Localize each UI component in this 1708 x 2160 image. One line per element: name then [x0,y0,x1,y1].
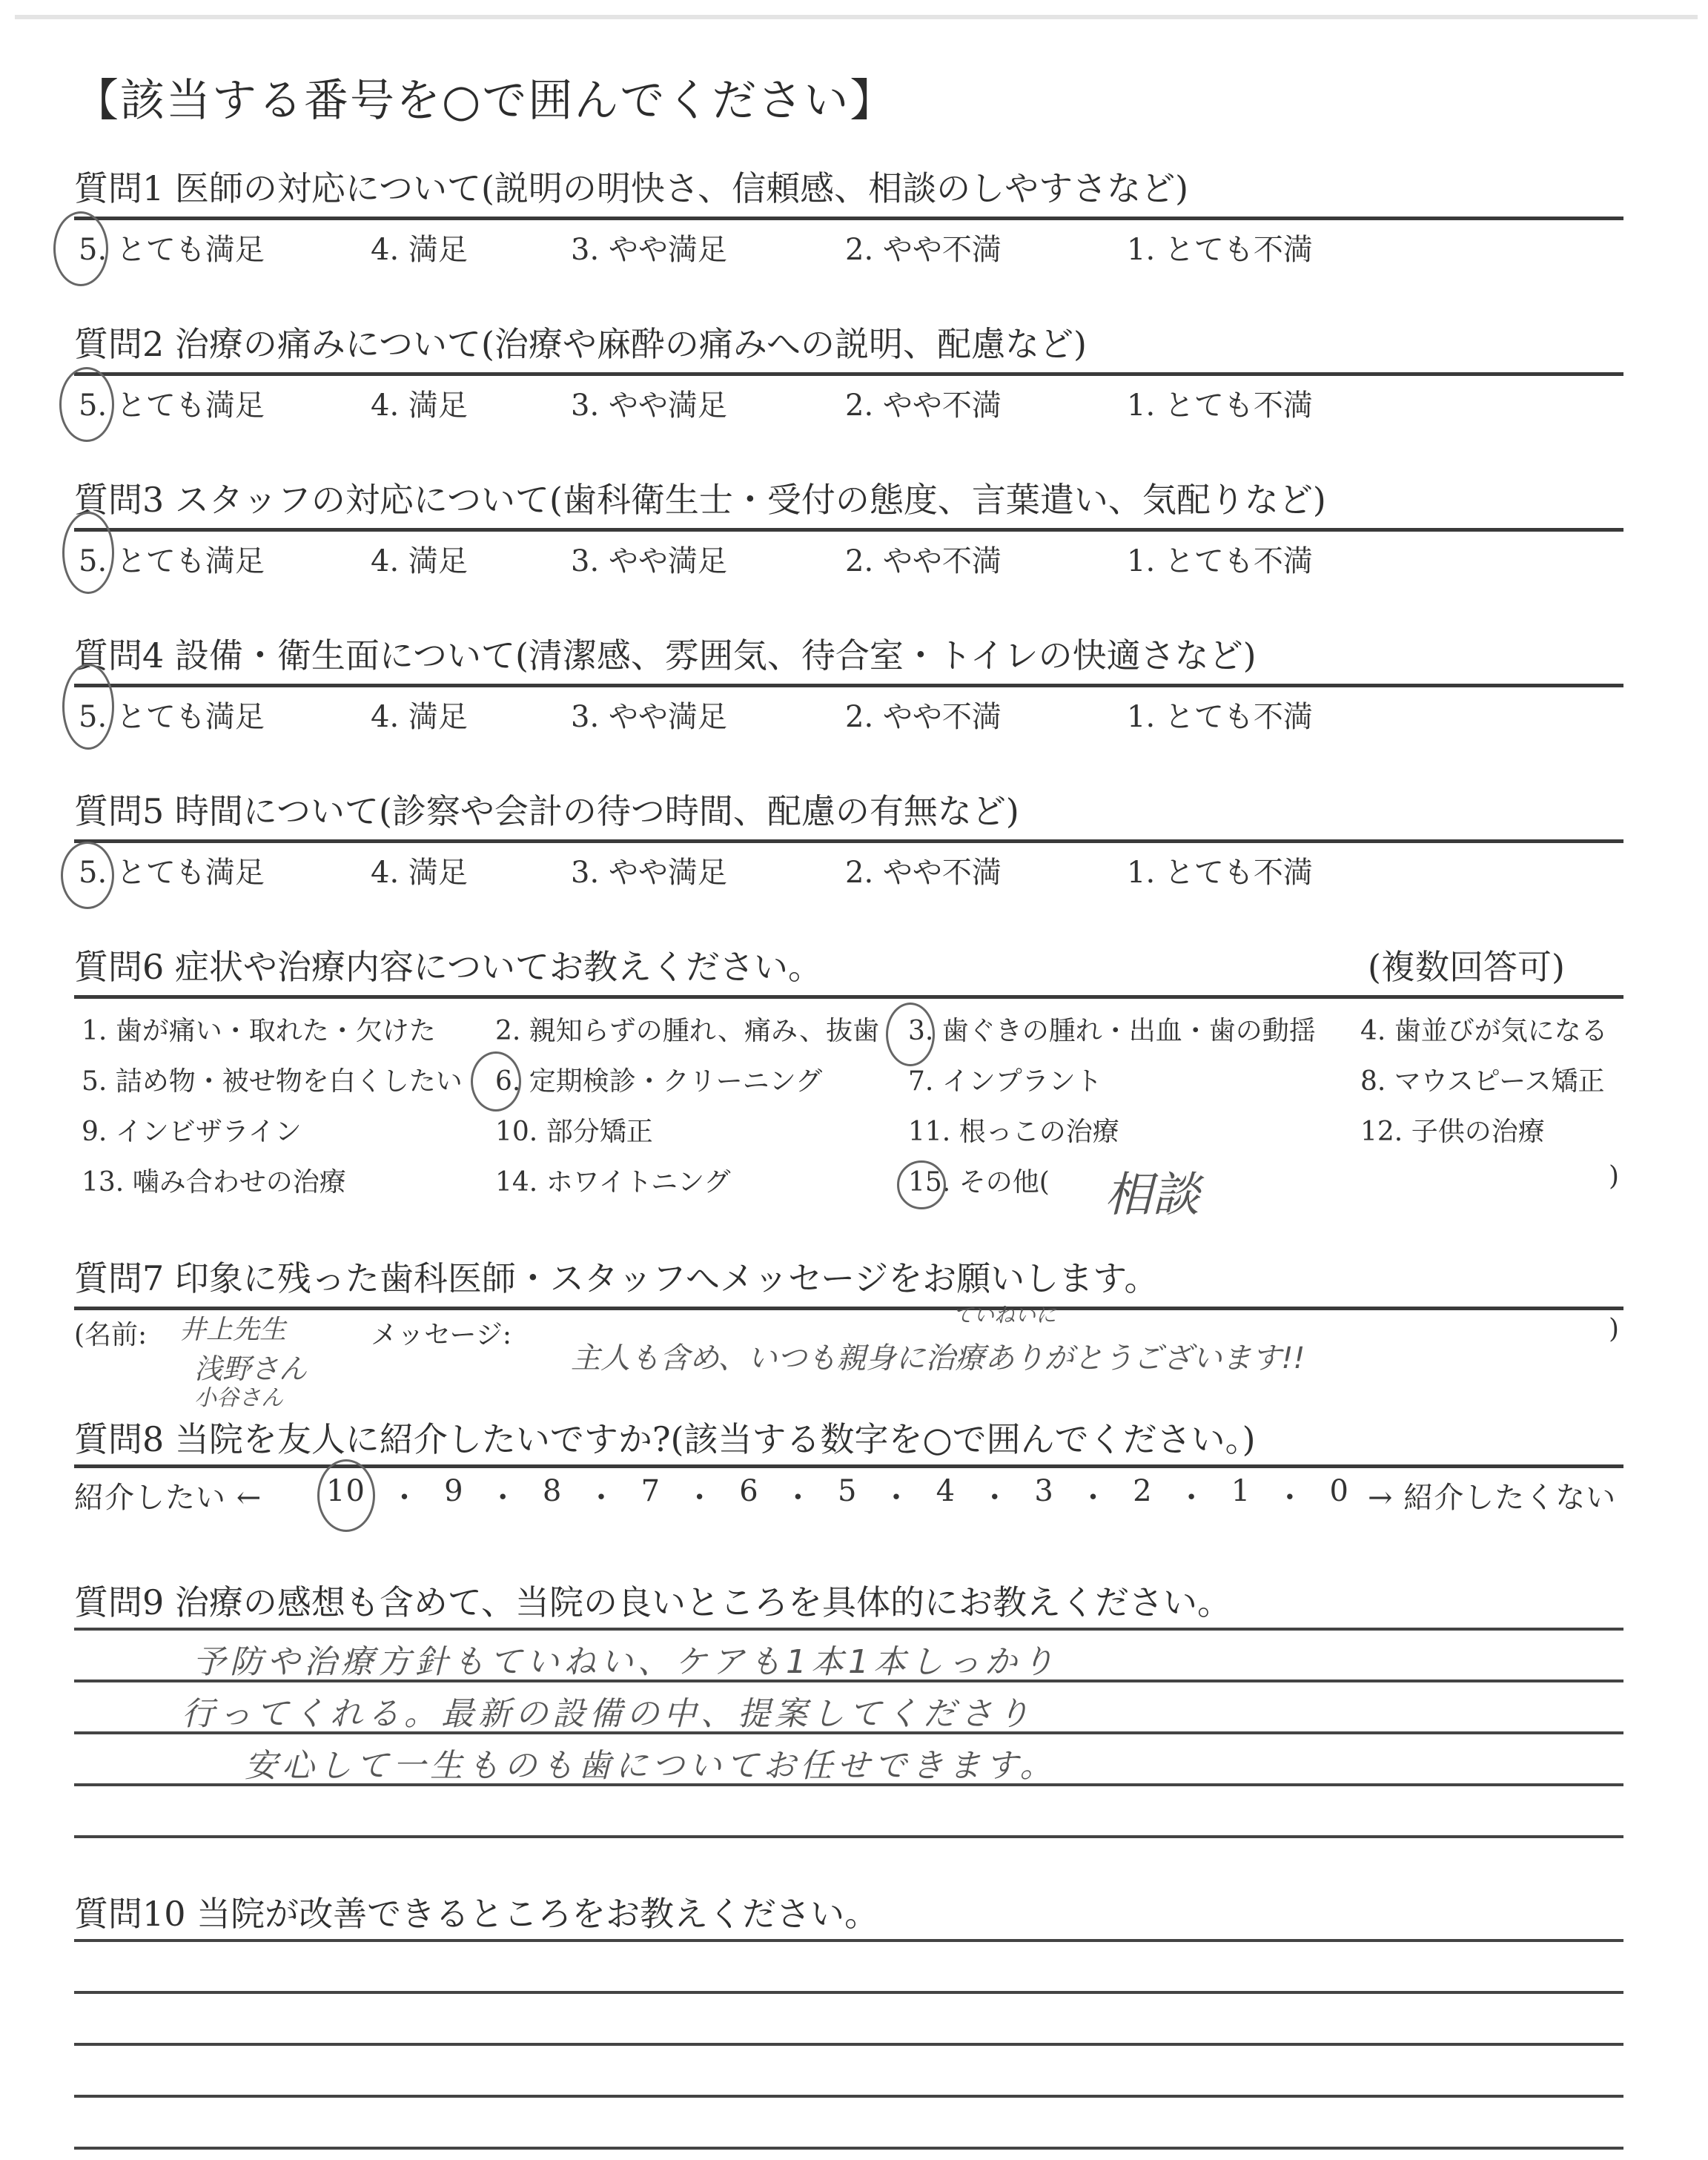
q8-scale-1[interactable]: 1 [1231,1474,1251,1515]
scale-dot: ・ [586,1474,617,1515]
q6-option-4[interactable]: 4. 歯並びが気になる [1360,1010,1608,1048]
scale-dot: ・ [1275,1474,1305,1515]
scale-dot: ・ [783,1474,813,1515]
q9-line-2 [74,1731,1623,1734]
q9-line-0 [74,1628,1623,1631]
q10-line-0 [74,1939,1623,1942]
q2-option-5[interactable]: 5. とても満足 [79,382,265,424]
scale-dot: ・ [488,1474,518,1515]
q10-line-1 [74,1991,1623,1994]
q1-divider [74,217,1623,220]
q8-scale-0[interactable]: 0 [1329,1474,1348,1515]
q6-option-14[interactable]: 14. ホワイトニング [495,1161,730,1199]
q9-line-4 [74,1835,1623,1838]
q4-option-3[interactable]: 3. やや満足 [571,693,727,736]
q7-name-3[interactable]: 小谷さん [194,1379,283,1412]
q6-divider [74,995,1623,999]
q8-scale-9[interactable]: 9 [444,1474,463,1515]
q5-divider [74,839,1623,843]
q10-heading: 質問10 当院が改善できるところをお教えください。 [74,1887,878,1936]
scale-dot: ・ [980,1474,1010,1515]
q4-option-4[interactable]: 4. 満足 [371,693,468,736]
q1-option-1[interactable]: 1. とても不満 [1127,226,1313,268]
q2-divider [74,372,1623,376]
q1-option-3[interactable]: 3. やや満足 [571,226,727,268]
q8-heading: 質問8 当院を友人に紹介したいですか?(該当する数字を○で囲んでください。) [74,1413,1256,1462]
q7-message-label: メッセージ: [371,1314,512,1352]
q8-scale-10[interactable]: 10 [326,1474,365,1515]
q8-scale: 10・ 9・ 8・ 7・ 6・ 5・ 4・ 3・ 2・ 1・ 0 [326,1474,1349,1515]
q6-option-2[interactable]: 2. 親知らずの腫れ、痛み、抜歯 [495,1010,879,1048]
q10-line-4 [74,2147,1623,2150]
q6-other-text[interactable]: 相談 [1105,1157,1199,1225]
scan-top-edge [15,15,1698,19]
q1-options: 5. とても満足 4. 満足 3. やや満足 2. やや不満 1. とても不満 [74,226,1631,271]
q6-option-13[interactable]: 13. 噛み合わせの治療 [82,1161,346,1199]
q7-message-annotation: ていねいに [953,1299,1056,1329]
q5-option-5[interactable]: 5. とても満足 [79,849,265,891]
q3-divider [74,528,1623,532]
q7-divider [74,1307,1623,1310]
q1-option-2[interactable]: 2. やや不満 [845,226,1002,268]
q8-scale-2[interactable]: 2 [1133,1474,1152,1515]
q3-heading: 質問3 スタッフの対応について(歯科衛生士・受付の態度、言葉遣い、気配りなど) [74,473,1326,522]
q4-divider [74,684,1623,687]
q9-line-1 [74,1680,1623,1682]
q1-option-4[interactable]: 4. 満足 [371,226,468,268]
q4-option-5[interactable]: 5. とても満足 [79,693,265,736]
q7-name-1[interactable]: 井上先生 [179,1309,286,1347]
q7-close-paren: ) [1609,1314,1619,1344]
q4-heading: 質問4 設備・衛生面について(清潔感、雰囲気、待合室・トイレの快適さなど) [74,629,1257,678]
q5-heading: 質問5 時間について(診察や会計の待つ時間、配慮の有無など) [74,785,1019,833]
q3-option-3[interactable]: 3. やや満足 [571,538,727,580]
q5-option-3[interactable]: 3. やや満足 [571,849,727,891]
q10-line-3 [74,2095,1623,2098]
q4-option-1[interactable]: 1. とても不満 [1127,693,1313,736]
q6-option-15[interactable]: 15. その他( [908,1161,1050,1199]
q2-option-3[interactable]: 3. やや満足 [571,382,727,424]
q2-heading: 質問2 治療の痛みについて(治療や麻酔の痛みへの説明、配慮など) [74,317,1087,366]
q9-answer-line-1[interactable]: 予防や治療方針もていねい、ケアも1本1本しっかり [193,1635,1059,1682]
q8-divider [74,1464,1623,1468]
scale-dot: ・ [685,1474,715,1515]
q7-message-text[interactable]: 主人も含め、いつも親身に治療ありがとうございます!! [571,1335,1305,1377]
q2-option-2[interactable]: 2. やや不満 [845,382,1002,424]
q3-options: 5. とても満足 4. 満足 3. やや満足 2. やや不満 1. とても不満 [74,538,1631,582]
q3-option-2[interactable]: 2. やや不満 [845,538,1002,580]
q6-option-5[interactable]: 5. 詰め物・被せ物を白くしたい [82,1060,463,1098]
q6-multiple-note: (複数回答可) [1368,940,1565,989]
q8-scale-3[interactable]: 3 [1034,1474,1053,1515]
q5-option-2[interactable]: 2. やや不満 [845,849,1002,891]
q8-scale-6[interactable]: 6 [739,1474,758,1515]
q6-option-11[interactable]: 11. 根っこの治療 [908,1111,1119,1149]
q2-option-4[interactable]: 4. 満足 [371,382,468,424]
q7-heading: 質問7 印象に残った歯科医師・スタッフへメッセージをお願いします。 [74,1252,1159,1301]
q6-heading: 質問6 症状や治療内容についてお教えください。 [74,940,822,989]
q3-option-4[interactable]: 4. 満足 [371,538,468,580]
q6-option-1[interactable]: 1. 歯が痛い・取れた・欠けた [82,1010,436,1048]
scale-dot: ・ [1078,1474,1108,1515]
q8-scale-7[interactable]: 7 [641,1474,661,1515]
q6-other-close-paren: ) [1609,1161,1619,1192]
q8-scale-5[interactable]: 5 [838,1474,857,1515]
q9-answer-line-2[interactable]: 行ってくれる。最新の設備の中、提案してくださり [182,1687,1034,1734]
q5-option-1[interactable]: 1. とても不満 [1127,849,1313,891]
q8-scale-8[interactable]: 8 [543,1474,562,1515]
q2-option-1[interactable]: 1. とても不満 [1127,382,1313,424]
q1-option-5[interactable]: 5. とても満足 [79,226,265,268]
q3-option-5[interactable]: 5. とても満足 [79,538,265,580]
scale-dot: ・ [1176,1474,1207,1515]
q2-options: 5. とても満足 4. 満足 3. やや満足 2. やや不満 1. とても不満 [74,382,1631,426]
q5-option-4[interactable]: 4. 満足 [371,849,468,891]
q6-option-12[interactable]: 12. 子供の治療 [1360,1111,1545,1149]
q3-option-1[interactable]: 1. とても不満 [1127,538,1313,580]
q8-right-label: → 紹介したくない [1368,1474,1616,1516]
q9-line-3 [74,1783,1623,1786]
q6-option-7[interactable]: 7. インプラント [908,1060,1102,1098]
q8-left-label: 紹介したい ← [74,1474,262,1516]
q5-options: 5. とても満足 4. 満足 3. やや満足 2. やや不満 1. とても不満 [74,849,1631,894]
q6-option-9[interactable]: 9. インビザライン [82,1111,302,1149]
q6-option-6[interactable]: 6. 定期検診・クリーニング [495,1060,822,1098]
q9-answer-line-3[interactable]: 安心して一生ものも歯についてお任せできます。 [245,1739,1057,1786]
q7-name-label: (名前: [74,1314,147,1352]
q1-heading: 質問1 医師の対応について(説明の明快さ、信頼感、相談のしやすさなど) [74,162,1188,211]
q4-options: 5. とても満足 4. 満足 3. やや満足 2. やや不満 1. とても不満 [74,693,1631,738]
scale-dot: ・ [390,1474,420,1515]
page-title: 【該当する番号を○で囲んでください】 [74,65,896,129]
q10-line-2 [74,2043,1623,2046]
q6-option-10[interactable]: 10. 部分矯正 [495,1111,653,1149]
q6-option-3[interactable]: 3. 歯ぐきの腫れ・出血・歯の動揺 [908,1010,1316,1048]
q6-option-8[interactable]: 8. マウスピース矯正 [1360,1060,1604,1098]
q4-option-2[interactable]: 2. やや不満 [845,693,1002,736]
q8-scale-4[interactable]: 4 [936,1474,956,1515]
scale-dot: ・ [881,1474,912,1515]
q9-heading: 質問9 治療の感想も含めて、当院の良いところを具体的にお教えください。 [74,1576,1231,1625]
